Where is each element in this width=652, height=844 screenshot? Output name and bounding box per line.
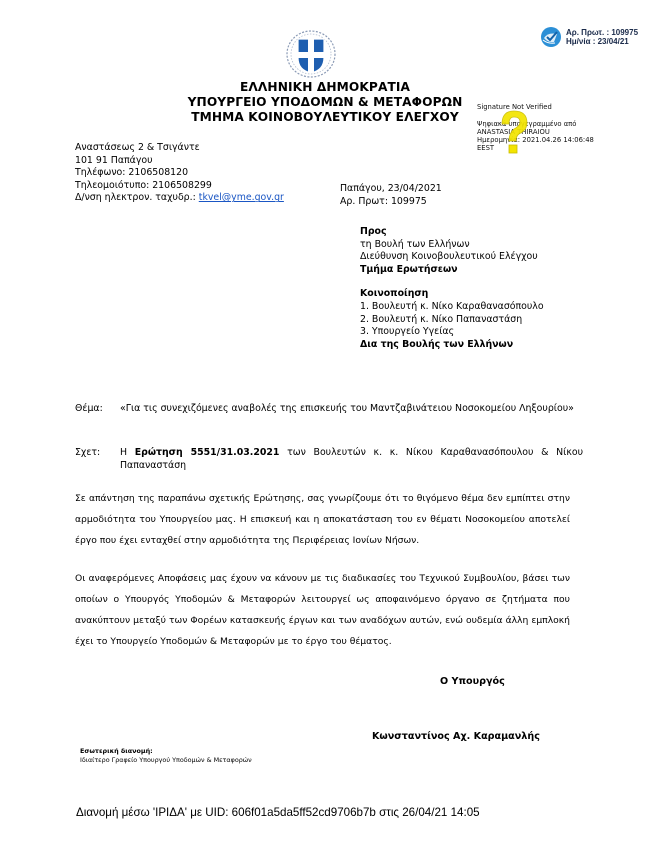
email-label: Δ/νση ηλεκτρον. ταχυδρ.: (75, 192, 199, 203)
header-department: ΤΜΗΜΑ ΚΟΙΝΟΒΟΥΛΕΥΤΙΚΟΥ ΕΛΕΓΧΟΥ (180, 110, 470, 125)
checkmark-seal-icon (540, 26, 562, 48)
protocol-number: Αρ. Πρωτ: 109975 (340, 196, 442, 209)
cc-item: 1. Βουλευτή κ. Νίκο Καραθανασόπουλο (360, 301, 544, 314)
header-republic: ΕΛΛΗΝΙΚΗ ΔΗΜΟΚΡΑΤΙΑ (180, 80, 470, 95)
letterhead: ΕΛΛΗΝΙΚΗ ΔΗΜΟΚΡΑΤΙΑ ΥΠΟΥΡΓΕΙΟ ΥΠΟΔΟΜΩΝ &… (180, 80, 470, 125)
distribution-footer: Διανομή μέσω 'ΙΡΙΔΑ' με UID: 606f01a5da5… (76, 806, 480, 819)
subject-label: Θέμα: (75, 402, 120, 415)
email-link[interactable]: tkvel@yme.gov.gr (199, 192, 284, 203)
sender-address: Αναστάσεως 2 & Τσιγάντε 101 91 Παπάγου Τ… (75, 142, 284, 205)
relation-text: Η Ερώτηση 5551/31.03.2021 των Βουλευτών … (120, 446, 583, 472)
header-ministry: ΥΠΟΥΡΓΕΙΟ ΥΠΟΔΟΜΩΝ & ΜΕΤΑΦΟΡΩΝ (180, 95, 470, 110)
protocol-stamp: Αρ. Πρωτ. : 109975 Ημ/νία : 23/04/21 (540, 26, 638, 48)
address-street: Αναστάσεως 2 & Τσιγάντε (75, 142, 284, 155)
address-city: 101 91 Παπάγου (75, 155, 284, 168)
to-line: Διεύθυνση Κοινοβουλευτικού Ελέγχου (360, 251, 544, 264)
cc-label: Κοινοποίηση (360, 288, 544, 301)
cc-item: 3. Υπουργείο Υγείας (360, 326, 544, 339)
subject: Θέμα: «Για τις συνεχιζόμενες αναβολές τη… (75, 402, 583, 415)
greek-coat-of-arms-icon (283, 28, 339, 80)
relation: Σχετ: Η Ερώτηση 5551/31.03.2021 των Βουλ… (75, 446, 583, 472)
address-phone: Τηλέφωνο: 2106508120 (75, 167, 284, 180)
date-protocol: Παπάγου, 23/04/2021 Αρ. Πρωτ: 109975 (340, 183, 442, 208)
place-date: Παπάγου, 23/04/2021 (340, 183, 442, 196)
internal-distribution-item: Ιδιαίτερο Γραφείο Υπουργού Υποδομών & Με… (80, 756, 252, 765)
subject-text: «Για τις συνεχιζόμενες αναβολές της επισ… (120, 402, 583, 415)
address-email-row: Δ/νση ηλεκτρον. ταχυδρ.: tkvel@yme.gov.g… (75, 192, 284, 205)
relation-prefix: Η (120, 447, 135, 458)
stamp-protocol-number: Αρ. Πρωτ. : 109975 (566, 28, 638, 37)
signatory-name: Κωνσταντίνος Αχ. Καραμανλής (372, 731, 540, 742)
relation-question-ref: Ερώτηση 5551/31.03.2021 (135, 447, 280, 458)
internal-distribution: Εσωτερική διανομή: Ιδιαίτερο Γραφείο Υπο… (80, 747, 252, 765)
signatory-title: Ο Υπουργός (440, 676, 505, 687)
to-department: Τμήμα Ερωτήσεων (360, 264, 544, 277)
recipients: Προς τη Βουλή των Ελλήνων Διεύθυνση Κοιν… (360, 226, 544, 351)
body-paragraph-2: Οι αναφερόμενες Αποφάσεις μας έχουν να κ… (75, 568, 570, 652)
via-parliament: Δια της Βουλής των Ελλήνων (360, 339, 544, 352)
body-paragraph-1: Σε απάντηση της παραπάνω σχετικής Ερώτησ… (75, 488, 570, 551)
cc-item: 2. Βουλευτή κ. Νίκο Παπαναστάση (360, 314, 544, 327)
question-mark-icon (494, 108, 534, 160)
to-line: τη Βουλή των Ελλήνων (360, 239, 544, 252)
to-label: Προς (360, 226, 544, 239)
address-fax: Τηλεομοιότυπο: 2106508299 (75, 180, 284, 193)
stamp-date: Ημ/νία : 23/04/21 (566, 37, 638, 46)
internal-distribution-label: Εσωτερική διανομή: (80, 747, 252, 756)
relation-label: Σχετ: (75, 446, 120, 472)
